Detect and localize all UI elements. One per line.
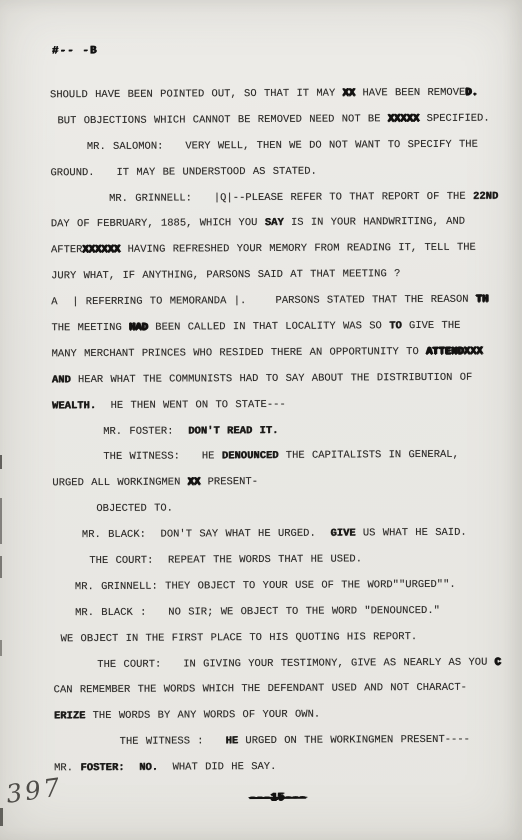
transcript-text: HAVE BEEN REMOVE	[355, 87, 465, 100]
transcript-text: GROUND. IT MAY BE UNDERSTOOD AS STATED.	[50, 165, 316, 179]
transcript-text: TO	[389, 320, 402, 332]
transcript-line: MR. GRINNELL: THEY OBJECT TO YOUR USE OF…	[53, 573, 493, 602]
transcript-text: SHOULD HAVE BEEN POINTED OUT, SO THAT IT…	[50, 87, 343, 101]
transcript-line: THE MEETING HAD BEEN CALLED IN THAT LOCA…	[51, 314, 491, 343]
transcript-line: OBJECTED TO.	[52, 495, 492, 524]
transcript-text: AFTER	[51, 244, 83, 256]
transcript-text: THE WORDS BY ANY WORDS OF YOUR OWN.	[85, 709, 320, 722]
transcript-text: OBJECTED TO.	[53, 503, 173, 516]
transcript-line: A | REFERRING TO MEMORANDA |. PARSONS ST…	[51, 288, 491, 317]
transcript-text: BUT OBJECTIONS WHICH CANNOT BE REMOVED N…	[50, 113, 388, 127]
transcript-text: AND	[52, 374, 71, 386]
transcript-line: DAY OF FEBRUARY, 1885, WHICH YOU SAY IS …	[51, 210, 491, 239]
transcript-text: HEAR WHAT THE COMMUNISTS HAD TO SAY ABOU…	[71, 372, 473, 386]
transcript-text: NO.	[139, 762, 158, 774]
transcript-text: CAN REMEMBER THE WORDS WHICH THE DEFENDA…	[54, 682, 467, 697]
overstruck-text: C	[495, 656, 501, 668]
transcript-text	[124, 762, 139, 774]
transcript-page: #-- -B SHOULD HAVE BEEN POINTED OUT, SO …	[0, 0, 522, 840]
transcript-line: ERIZE THE WORDS BY ANY WORDS OF YOUR OWN…	[54, 702, 494, 731]
transcript-text: PRESENT-	[200, 476, 258, 488]
transcript-text: WHAT DID HE SAY.	[158, 761, 276, 774]
overstruck-text: HAD	[129, 322, 148, 334]
transcript-line: WE OBJECT IN THE FIRST PLACE TO HIS QUOT…	[53, 624, 493, 653]
transcript-text: A | REFERRING TO MEMORANDA |. PARSONS ST…	[51, 294, 476, 309]
transcript-text: SAY	[265, 217, 284, 229]
transcript-text: MR. SALOMON: VERY WELL, THEN WE DO NOT W…	[50, 138, 478, 153]
transcript-text: MR. FOSTER:	[52, 425, 188, 438]
transcript-text: WEALTH.	[52, 400, 96, 412]
overstruck-text: XX	[343, 87, 356, 99]
transcript-line: THE COURT: IN GIVING YOUR TESTIMONY, GIV…	[53, 650, 493, 679]
transcript-text: IS IN YOUR HANDWRITING, AND	[284, 216, 466, 229]
transcript-text: BEEN CALLED IN THAT LOCALITY WAS SO	[148, 320, 389, 333]
transcript-text: HAVING REFRESHED YOUR MEMORY FROM READIN…	[120, 242, 476, 256]
transcript-line: THE WITNESS : HE URGED ON THE WORKINGMEN…	[54, 728, 494, 757]
transcript-line: MR. GRINNELL: |Q|--PLEASE REFER TO THAT …	[51, 184, 491, 213]
transcript-text: US WHAT HE SAID.	[356, 527, 467, 540]
transcript-line: JURY WHAT, IF ANYTHING, PARSONS SAID AT …	[51, 262, 491, 291]
transcript-text: MR. BLACK: DON'T SAY WHAT HE URGED.	[53, 528, 331, 542]
transcript-text: HE THEN WENT ON TO STATE---	[96, 399, 286, 412]
transcript-text: 22ND	[473, 190, 498, 202]
transcript-text: URGED ALL WORKINGMEN	[52, 477, 187, 490]
transcript-text: ERIZE	[54, 710, 86, 722]
transcript-text: DAY OF FEBRUARY, 1885, WHICH YOU	[51, 217, 265, 230]
transcript-text: DENOUNCED	[222, 450, 279, 462]
transcript-line: URGED ALL WORKINGMEN XX PRESENT-	[52, 469, 492, 498]
transcript-text: MR. GRINNELL: |Q|--PLEASE REFER TO THAT …	[51, 190, 473, 205]
transcript-line: MR. FOSTER: DON'T READ IT.	[52, 417, 492, 446]
transcript-text: MANY MERCHANT PRINCES WHO RESIDED THERE …	[52, 346, 427, 360]
overstruck-text: TH	[476, 294, 489, 306]
transcript-line: WEALTH. HE THEN WENT ON TO STATE---	[52, 391, 492, 420]
transcript-text: JURY WHAT, IF ANYTHING, PARSONS SAID AT …	[51, 268, 400, 282]
scan-artifact	[0, 498, 2, 544]
overstruck-text: XX	[188, 477, 201, 489]
scan-artifact	[0, 455, 2, 469]
transcript-text: SPECIFIED.	[419, 112, 489, 124]
transcript-line: THE COURT: REPEAT THE WORDS THAT HE USED…	[53, 547, 493, 576]
page-number-struck: ---15---	[249, 792, 306, 804]
transcript-text: THE COURT: IN GIVING YOUR TESTIMONY, GIV…	[53, 656, 494, 671]
transcript-line: AFTERXXXXXX HAVING REFRESHED YOUR MEMORY…	[51, 236, 491, 265]
transcript-line: MR. BLACK: DON'T SAY WHAT HE URGED. GIVE…	[53, 521, 493, 550]
transcript-line: MR. SALOMON: VERY WELL, THEN WE DO NOT W…	[50, 132, 490, 161]
transcript-text: THE COURT: REPEAT THE WORDS THAT HE USED…	[53, 553, 362, 567]
header-mark: #-- -B	[52, 45, 98, 57]
transcript-text-block: SHOULD HAVE BEEN POINTED OUT, SO THAT IT…	[50, 81, 494, 783]
transcript-line: MANY MERCHANT PRINCES WHO RESIDED THERE …	[52, 339, 492, 368]
overstruck-text: XXXXXX	[82, 244, 120, 256]
transcript-line: SHOULD HAVE BEEN POINTED OUT, SO THAT IT…	[50, 81, 490, 110]
transcript-text: GIVE THE	[402, 320, 461, 332]
overstruck-text: XXXXX	[388, 113, 420, 125]
transcript-text: HE	[225, 735, 238, 747]
transcript-text: FOSTER:	[80, 762, 124, 774]
scanned-sheet: #-- -B SHOULD HAVE BEEN POINTED OUT, SO …	[0, 0, 522, 840]
transcript-text: GIVE	[330, 528, 355, 540]
transcript-line: THE WITNESS: HE DENOUNCED THE CAPITALIST…	[52, 443, 492, 472]
transcript-line: BUT OBJECTIONS WHICH CANNOT BE REMOVED N…	[50, 106, 490, 135]
scan-artifact	[0, 640, 2, 656]
transcript-line: MR. FOSTER: NO. WHAT DID HE SAY.	[54, 754, 494, 783]
transcript-text: WE OBJECT IN THE FIRST PLACE TO HIS QUOT…	[53, 631, 417, 645]
overstruck-text: D.	[465, 87, 478, 99]
transcript-text: THE MEETING	[51, 322, 129, 334]
transcript-line: GROUND. IT MAY BE UNDERSTOOD AS STATED.	[50, 158, 490, 187]
transcript-text: THE WITNESS :	[54, 735, 226, 748]
transcript-text: THE WITNESS: HE	[52, 451, 222, 464]
overstruck-text: ATTENDXXX	[426, 346, 483, 358]
transcript-line: CAN REMEMBER THE WORDS WHICH THE DEFENDA…	[54, 676, 494, 705]
transcript-line: AND HEAR WHAT THE COMMUNISTS HAD TO SAY …	[52, 365, 492, 394]
transcript-text: MR. BLACK : NO SIR; WE OBJECT TO THE WOR…	[53, 605, 440, 619]
scan-artifact	[0, 556, 2, 578]
transcript-text: THE CAPITALISTS IN GENERAL,	[278, 449, 459, 462]
transcript-text: DON'T READ IT.	[188, 424, 278, 437]
transcript-text: MR. GRINNELL: THEY OBJECT TO YOUR USE OF…	[53, 579, 456, 593]
transcript-line: MR. BLACK : NO SIR; WE OBJECT TO THE WOR…	[53, 598, 493, 627]
transcript-text: URGED ON THE WORKINGMEN PRESENT----	[238, 734, 470, 747]
scan-artifact	[0, 808, 3, 826]
